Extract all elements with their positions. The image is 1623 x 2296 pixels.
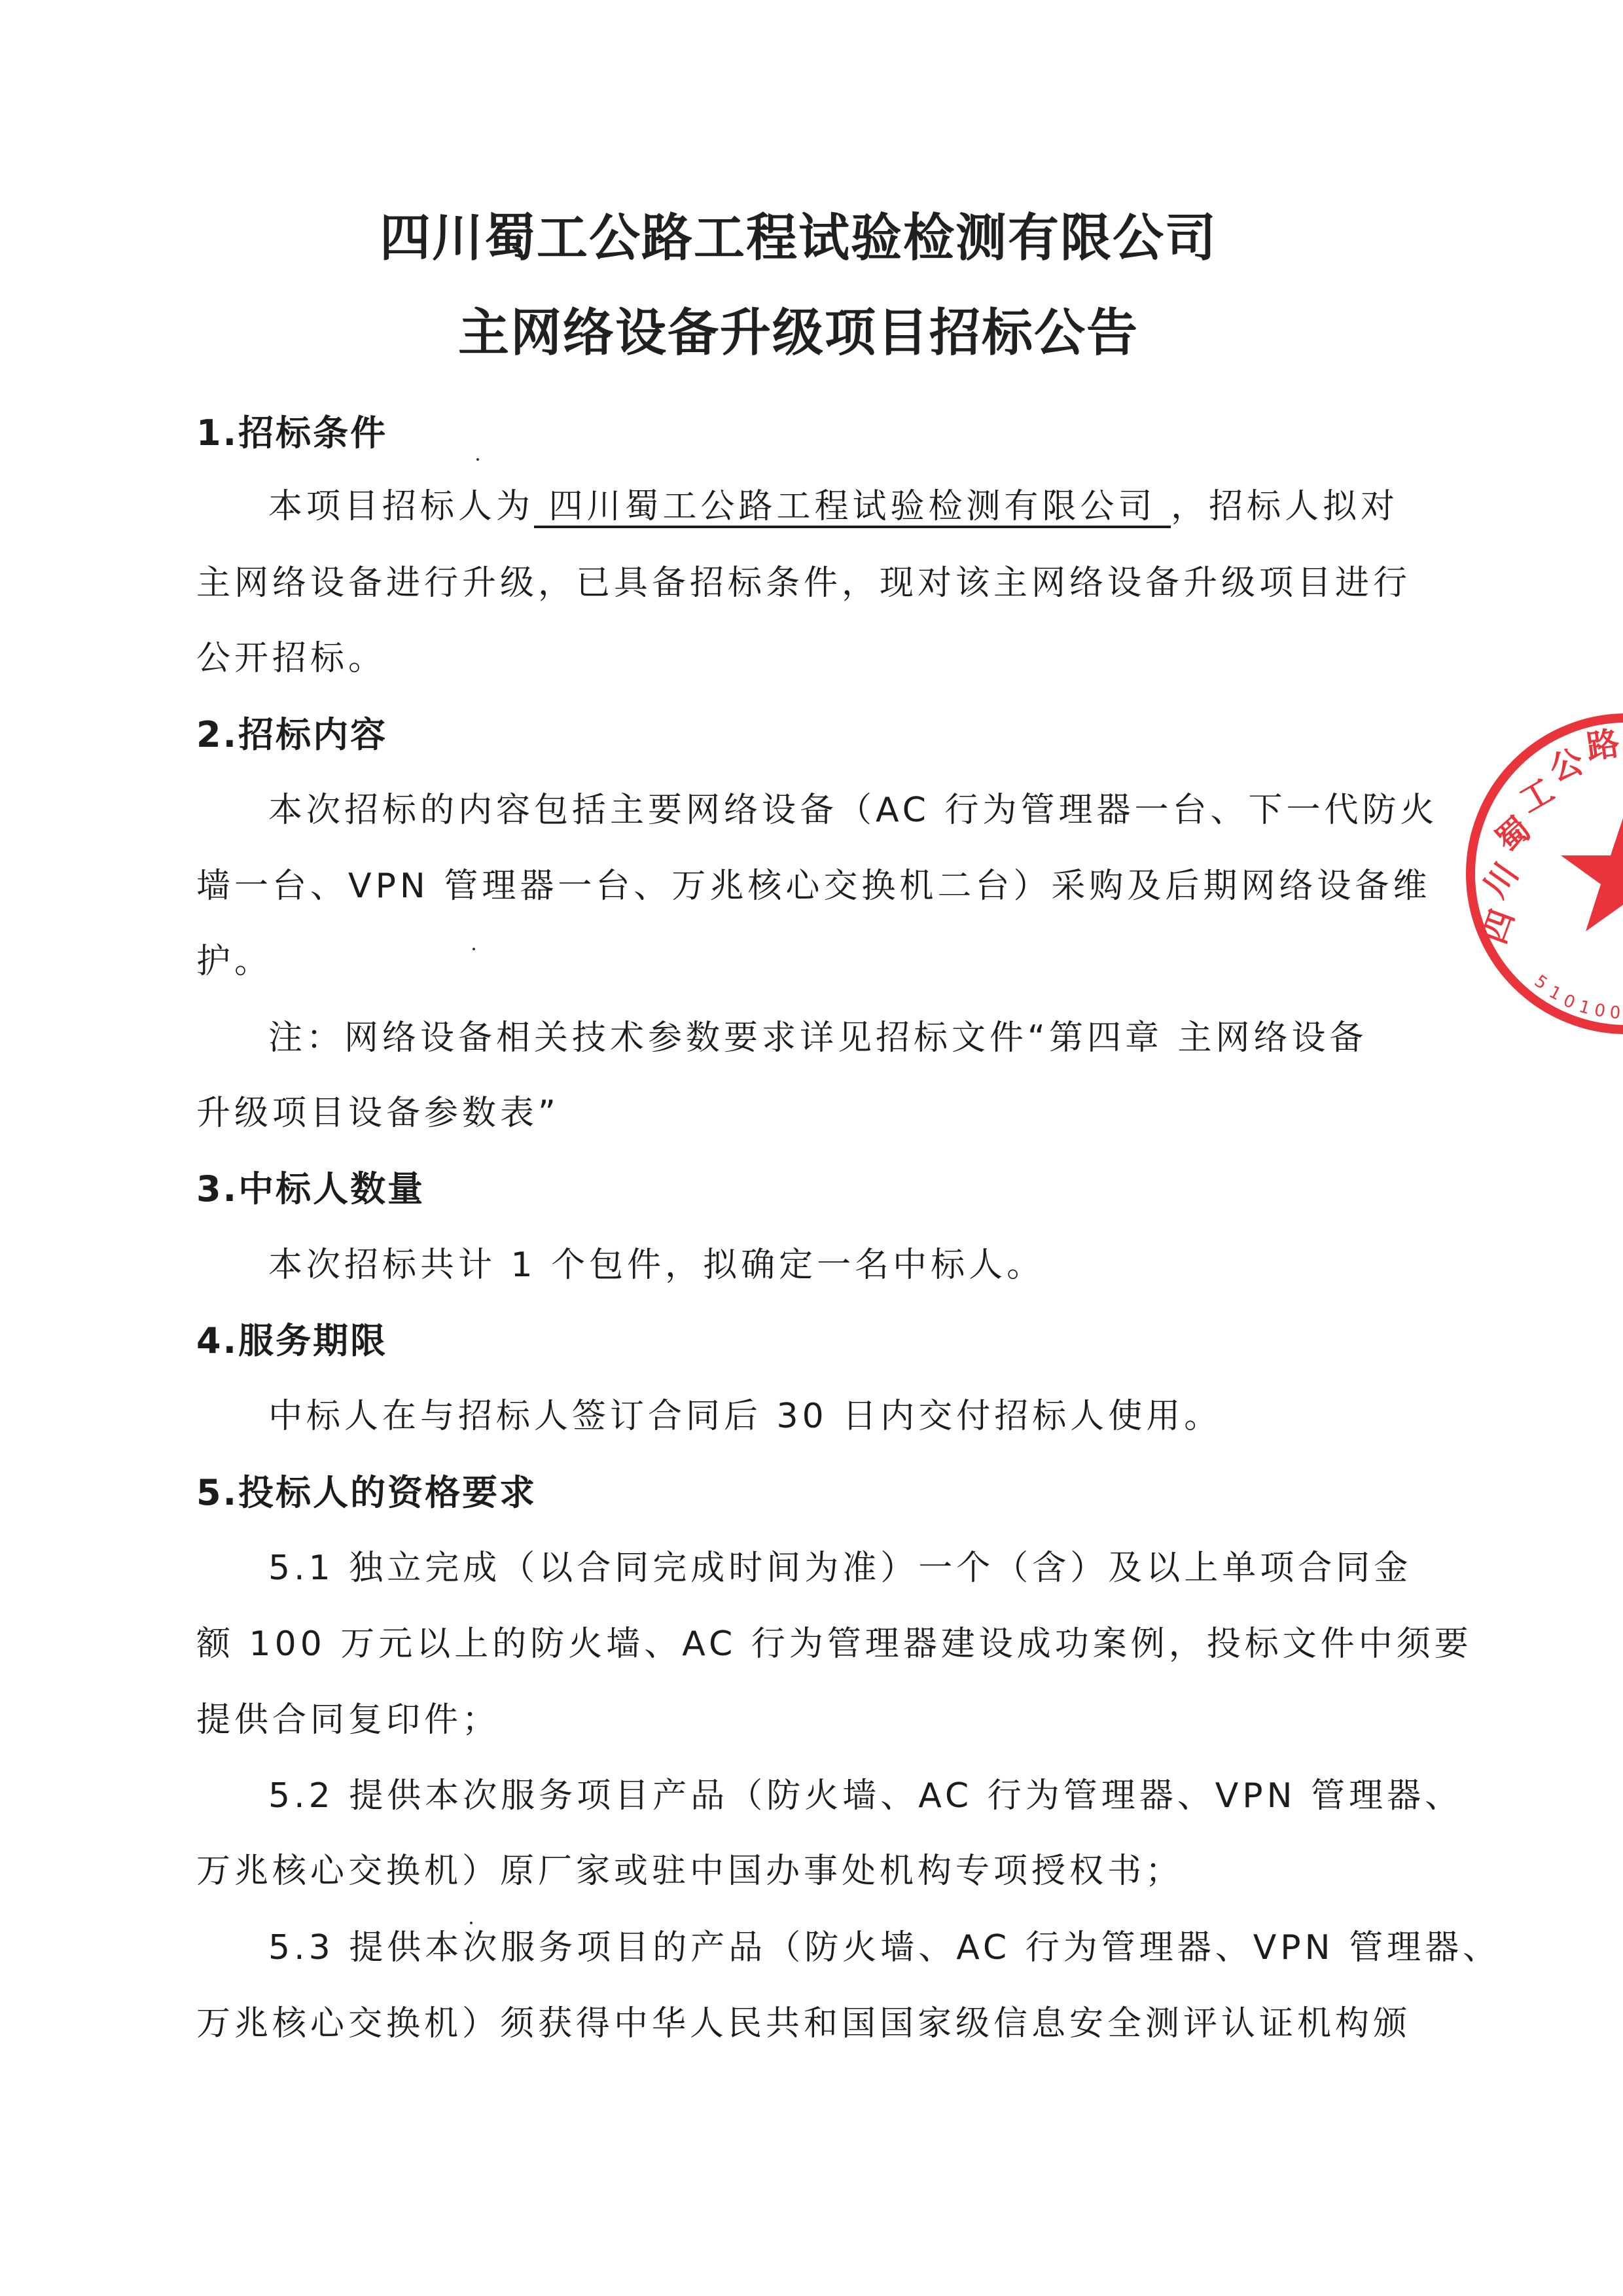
requirement-line: 5.1 独立完成（以合同完成时间为准）一个（含）及以上单项合同金 — [268, 1551, 1420, 1585]
requirement-line: 万兆核心交换机）须获得中华人民共和国国家级信息安全测评认证机构颁 — [196, 2007, 1420, 2041]
svg-text:路: 路 — [1584, 724, 1622, 766]
document-page: 四川蜀工公路工程试验检测有限公司 主网络设备升级项目招标公告 1.招标条件 本项… — [0, 0, 1623, 2296]
document-title-line-2: 主网络设备升级项目招标公告 — [0, 308, 1610, 359]
section-heading-4: 4.服务期限 — [196, 1323, 1420, 1359]
svg-text:1: 1 — [1577, 997, 1592, 1018]
section-heading-1: 1.招标条件 — [196, 416, 1420, 451]
svg-text:0: 0 — [1560, 991, 1578, 1013]
paragraph-line: 本次招标的内容包括主要网络设备（AC 行为管理器一台、下一代防火 — [268, 793, 1420, 827]
svg-text:5: 5 — [1531, 971, 1551, 994]
tenderer-name-underlined: 四川蜀工公路工程试验检测有限公司 — [534, 487, 1171, 526]
paragraph-line: 公开招标。 — [196, 641, 1420, 675]
requirement-line: 万兆核心交换机）原厂家或驻中国办事处机构专项授权书； — [196, 1854, 1420, 1888]
paragraph-line: 墙一台、VPN 管理器一台、万兆核心交换机二台）采购及后期网络设备维 — [196, 869, 1420, 903]
svg-text:0: 0 — [1593, 1000, 1607, 1021]
paragraph-line: 护。 — [196, 944, 1420, 978]
star-icon — [1561, 808, 1623, 931]
svg-text:公: 公 — [1545, 742, 1588, 789]
svg-text:川: 川 — [1476, 856, 1525, 905]
svg-text:1: 1 — [1546, 982, 1565, 1005]
note-line: 注：网络设备相关技术参数要求详见招标文件“第四章 主网络设备 — [268, 1021, 1420, 1055]
requirement-line: 5.2 提供本次服务项目产品（防火墙、AC 行为管理器、VPN 管理器、 — [268, 1779, 1420, 1813]
section-heading-5: 5.投标人的资格要求 — [196, 1475, 1420, 1511]
scan-speck — [470, 1922, 473, 1924]
text-suffix: ，招标人拟对 — [1171, 487, 1399, 526]
requirement-line: 5.3 提供本次服务项目的产品（防火墙、AC 行为管理器、VPN 管理器、 — [268, 1931, 1420, 1965]
document-title-line-1: 四川蜀工公路工程试验检测有限公司 — [0, 213, 1610, 264]
paragraph-line: 主网络设备进行升级，已具备招标条件，现对该主网络设备升级项目进行 — [196, 566, 1420, 600]
company-seal-stamp: 四 川 蜀 工 公 路 工 程 5 1 0 1 0 0 8 — [1463, 710, 1623, 1037]
svg-text:0: 0 — [1609, 1003, 1621, 1023]
scan-speck — [476, 458, 479, 461]
text-prefix: 本项目招标人为 — [268, 487, 534, 526]
paragraph-line: 本次招标共计 1 个包件，拟确定一名中标人。 — [268, 1248, 1420, 1282]
scan-speck — [473, 948, 475, 950]
requirement-line: 额 100 万元以上的防火墙、AC 行为管理器建设成功案例，投标文件中须要 — [196, 1627, 1420, 1661]
note-line: 升级项目设备参数表” — [196, 1096, 1420, 1130]
paragraph-line: 本项目招标人为 四川蜀工公路工程试验检测有限公司 ，招标人拟对 — [268, 490, 1420, 524]
section-heading-3: 3.中标人数量 — [196, 1172, 1420, 1207]
paragraph-line: 中标人在与招标人签订合同后 30 日内交付招标人使用。 — [268, 1399, 1420, 1433]
requirement-line: 提供合同复印件； — [196, 1703, 1420, 1737]
section-heading-2: 2.招标内容 — [196, 717, 1420, 753]
